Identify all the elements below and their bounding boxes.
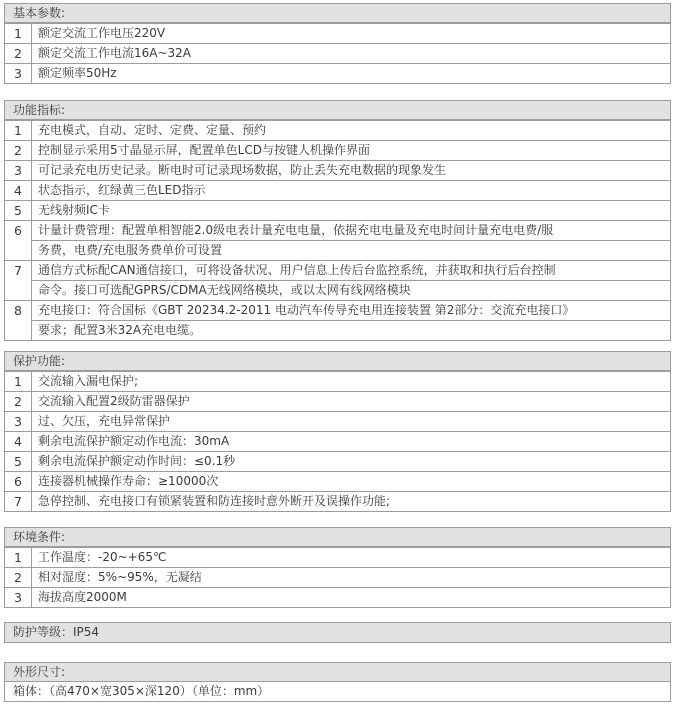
table-row: 2 额定交流工作电流16A~32A [5,43,670,63]
table-row: 4 剩余电流保护额定动作电流：30mA [5,431,670,451]
row-text: 连接器机械操作寿命：≥10000次 [32,472,670,491]
row-number: 3 [5,412,32,431]
row-number: 1 [5,121,32,140]
row-number: 2 [5,44,32,63]
row-text: 交流输入漏电保护; [32,372,670,391]
row-text: 无线射频IC卡 [32,201,670,220]
row-text: 剩余电流保护额定动作时间：≤0.1秒 [32,452,670,471]
table-row: 7 通信方式标配CAN通信接口，可将设备状况、用户信息上传后台监控系统，并获取和… [5,260,670,300]
row-number: 2 [5,568,32,587]
row-number: 4 [5,432,32,451]
row-text: 充电模式，自动、定时、定费、定量、预约 [32,121,670,140]
row-text: 剩余电流保护额定动作电流：30mA [32,432,670,451]
table-row: 2 相对湿度：5%~95%，无凝结 [5,567,670,587]
row-number: 3 [5,588,32,607]
basic-params-header: 基本参数: [5,4,670,23]
row-number: 3 [5,64,32,83]
table-row: 4 状态指示，红绿黄三色LED指示 [5,180,670,200]
row-text: 交流输入配置2级防雷器保护 [32,392,670,411]
ip-rating-table: 防护等级：IP54 [4,622,671,643]
row-text-line-2: 要求；配置3米32A充电电缆。 [32,320,670,340]
table-row: 7 急停控制、充电接口有锁紧装置和防连接时意外断开及误操作功能; [5,491,670,511]
dimensions-table: 外形尺寸: 箱体：（高470×宽305×深120）（单位：mm） [4,662,671,702]
table-row: 2 控制显示采用5寸晶显示屏，配置单色LCD与按键人机操作界面 [5,140,670,160]
protection-table: 保护功能: 1 交流输入漏电保护; 2 交流输入配置2级防雷器保护 3 过、欠压… [4,351,671,512]
row-text-line-2: 务费，电费/充电服务费单价可设置 [32,240,670,260]
row-text: 相对湿度：5%~95%，无凝结 [32,568,670,587]
protection-header: 保护功能: [5,352,670,371]
functions-table: 功能指标: 1 充电模式，自动、定时、定费、定量、预约 2 控制显示采用5寸晶显… [4,100,671,341]
row-number: 1 [5,548,32,567]
row-number: 1 [5,372,32,391]
row-text: 工作温度：-20~+65℃ [32,548,670,567]
table-row: 1 充电模式，自动、定时、定费、定量、预约 [5,120,670,140]
table-row: 1 工作温度：-20~+65℃ [5,547,670,567]
table-row: 3 过、欠压，充电异常保护 [5,411,670,431]
row-number: 7 [5,261,32,300]
table-row: 1 额定交流工作电压220V [5,23,670,43]
row-number: 1 [5,24,32,43]
row-text: 额定交流工作电压220V [32,24,670,43]
row-text: 额定交流工作电流16A~32A [32,44,670,63]
functions-header: 功能指标: [5,101,670,120]
row-text: 充电接口：符合国标《GBT 20234.2-2011 电动汽车传导充电用连接装置… [32,301,670,340]
table-row: 3 海拔高度2000M [5,587,670,607]
row-text: 计量计费管理：配置单相智能2.0级电表计量充电电量，依据充电电量及充电时间计量充… [32,221,670,260]
row-text: 控制显示采用5寸晶显示屏，配置单色LCD与按键人机操作界面 [32,141,670,160]
basic-params-table: 基本参数: 1 额定交流工作电压220V 2 额定交流工作电流16A~32A 3… [4,3,671,84]
row-text-line-1: 充电接口：符合国标《GBT 20234.2-2011 电动汽车传导充电用连接装置… [38,301,670,320]
row-text-line-2: 命令。接口可选配GPRS/CDMA无线网络模块，或以太网有线网络模块 [32,280,670,300]
environment-table: 环境条件: 1 工作温度：-20~+65℃ 2 相对湿度：5%~95%，无凝结 … [4,527,671,608]
table-row: 3 可记录充电历史记录。断电时可记录现场数据，防止丢失充电数据的现象发生 [5,160,670,180]
row-text: 海拔高度2000M [32,588,670,607]
row-text-line-1: 通信方式标配CAN通信接口，可将设备状况、用户信息上传后台监控系统，并获取和执行… [38,261,670,280]
ip-rating-header: 防护等级：IP54 [5,623,670,642]
row-number: 7 [5,492,32,511]
table-row: 3 额定频率50Hz [5,63,670,83]
table-row: 6 计量计费管理：配置单相智能2.0级电表计量充电电量，依据充电电量及充电时间计… [5,220,670,260]
row-number: 8 [5,301,32,340]
row-number: 2 [5,141,32,160]
row-number: 6 [5,472,32,491]
environment-header: 环境条件: [5,528,670,547]
dimensions-header: 外形尺寸: [5,663,670,682]
row-text: 额定频率50Hz [32,64,670,83]
table-row: 5 无线射频IC卡 [5,200,670,220]
row-text: 急停控制、充电接口有锁紧装置和防连接时意外断开及误操作功能; [32,492,670,511]
row-number: 6 [5,221,32,260]
row-text: 过、欠压，充电异常保护 [32,412,670,431]
row-text: 通信方式标配CAN通信接口，可将设备状况、用户信息上传后台监控系统，并获取和执行… [32,261,670,300]
row-text: 状态指示，红绿黄三色LED指示 [32,181,670,200]
table-row: 2 交流输入配置2级防雷器保护 [5,391,670,411]
row-number: 5 [5,201,32,220]
row-number: 3 [5,161,32,180]
dimensions-text: 箱体：（高470×宽305×深120）（单位：mm） [5,682,670,701]
row-text-line-1: 计量计费管理：配置单相智能2.0级电表计量充电电量，依据充电电量及充电时间计量充… [38,221,670,240]
table-row: 1 交流输入漏电保护; [5,371,670,391]
row-number: 2 [5,392,32,411]
row-number: 4 [5,181,32,200]
table-row: 5 剩余电流保护额定动作时间：≤0.1秒 [5,451,670,471]
table-row: 6 连接器机械操作寿命：≥10000次 [5,471,670,491]
row-number: 5 [5,452,32,471]
row-text: 可记录充电历史记录。断电时可记录现场数据，防止丢失充电数据的现象发生 [32,161,670,180]
table-row: 8 充电接口：符合国标《GBT 20234.2-2011 电动汽车传导充电用连接… [5,300,670,340]
